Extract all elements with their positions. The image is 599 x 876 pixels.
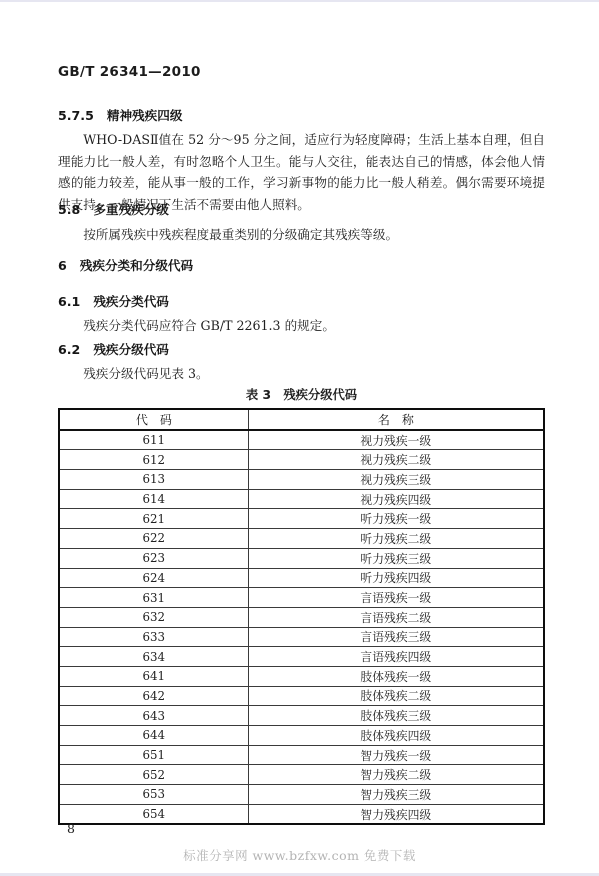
section-title: 残疾分级代码 <box>93 342 169 357</box>
name-cell: 智力残疾三级 <box>248 785 544 805</box>
table-row: 622听力残疾二级 <box>59 529 544 549</box>
name-cell: 言语残疾二级 <box>248 607 544 627</box>
code-cell: 652 <box>59 765 248 785</box>
name-cell: 听力残疾三级 <box>248 548 544 568</box>
table-row: 614视力残疾四级 <box>59 489 544 509</box>
code-cell: 641 <box>59 666 248 686</box>
code-cell: 623 <box>59 548 248 568</box>
table-row: 634言语残疾四级 <box>59 647 544 667</box>
table-3-caption: 表 3 残疾分级代码 <box>58 385 545 403</box>
name-cell: 言语残疾四级 <box>248 647 544 667</box>
code-cell: 634 <box>59 647 248 667</box>
name-cell: 言语残疾一级 <box>248 588 544 608</box>
code-cell: 633 <box>59 627 248 647</box>
table-3-container: 代 码 名 称 611视力残疾一级 612视力残疾二级 613视力残疾三级 61… <box>58 408 545 825</box>
code-cell: 613 <box>59 470 248 490</box>
table-row: 621听力残疾一级 <box>59 509 544 529</box>
code-cell: 622 <box>59 529 248 549</box>
section-number: 6 <box>58 258 67 273</box>
name-cell: 视力残疾四级 <box>248 489 544 509</box>
table-row: 623听力残疾三级 <box>59 548 544 568</box>
name-cell: 听力残疾二级 <box>248 529 544 549</box>
name-cell: 智力残疾一级 <box>248 745 544 765</box>
section-heading-5-8: 5.8多重残疾分级 <box>58 199 545 218</box>
code-cell: 651 <box>59 745 248 765</box>
document-page: GB/T 26341—2010 5.7.5精神残疾四级 WHO-DASⅡ值在 5… <box>0 0 599 876</box>
code-cell: 614 <box>59 489 248 509</box>
table-row: 641肢体残疾一级 <box>59 666 544 686</box>
paragraph-6-1: 残疾分类代码应符合 GB/T 2261.3 的规定。 <box>58 315 545 337</box>
paragraph-6-2: 残疾分级代码见表 3。 <box>58 363 545 385</box>
name-cell: 肢体残疾二级 <box>248 686 544 706</box>
name-cell: 视力残疾二级 <box>248 450 544 470</box>
name-cell: 肢体残疾一级 <box>248 666 544 686</box>
name-cell: 肢体残疾三级 <box>248 706 544 726</box>
disability-grade-code-table: 代 码 名 称 611视力残疾一级 612视力残疾二级 613视力残疾三级 61… <box>58 408 545 825</box>
page-number: 8 <box>67 821 75 836</box>
table-row: 653智力残疾三级 <box>59 785 544 805</box>
page-content: GB/T 26341—2010 5.7.5精神残疾四级 WHO-DASⅡ值在 5… <box>58 0 545 876</box>
table-row: 642肢体残疾二级 <box>59 686 544 706</box>
column-header-code: 代 码 <box>59 409 248 430</box>
name-cell: 言语残疾三级 <box>248 627 544 647</box>
column-header-name: 名 称 <box>248 409 544 430</box>
section-heading-6: 6残疾分类和分级代码 <box>58 255 545 274</box>
table-row: 652智力残疾二级 <box>59 765 544 785</box>
table-header-row: 代 码 名 称 <box>59 409 544 430</box>
code-cell: 624 <box>59 568 248 588</box>
code-cell: 632 <box>59 607 248 627</box>
table-row: 643肢体残疾三级 <box>59 706 544 726</box>
table-row: 613视力残疾三级 <box>59 470 544 490</box>
name-cell: 视力残疾三级 <box>248 470 544 490</box>
table-row: 624听力残疾四级 <box>59 568 544 588</box>
section-number: 5.7.5 <box>58 108 94 123</box>
section-title: 多重残疾分级 <box>93 202 169 217</box>
code-cell: 612 <box>59 450 248 470</box>
section-number: 6.2 <box>58 342 80 357</box>
code-cell: 621 <box>59 509 248 529</box>
table-row: 644肢体残疾四级 <box>59 726 544 746</box>
section-number: 5.8 <box>58 202 80 217</box>
section-heading-5-7-5: 5.7.5精神残疾四级 <box>58 105 545 124</box>
table-row: 612视力残疾二级 <box>59 450 544 470</box>
code-cell: 653 <box>59 785 248 805</box>
standard-number-header: GB/T 26341—2010 <box>58 64 545 80</box>
table-row: 611视力残疾一级 <box>59 430 544 450</box>
section-heading-6-1: 6.1残疾分类代码 <box>58 291 545 310</box>
name-cell: 视力残疾一级 <box>248 430 544 450</box>
name-cell: 听力残疾一级 <box>248 509 544 529</box>
table-row: 632言语残疾二级 <box>59 607 544 627</box>
paragraph-5-8: 按所属残疾中残疾程度最重类别的分级确定其残疾等级。 <box>58 224 545 246</box>
section-title: 残疾分类代码 <box>93 294 169 309</box>
code-cell: 631 <box>59 588 248 608</box>
code-cell: 644 <box>59 726 248 746</box>
table-row: 631言语残疾一级 <box>59 588 544 608</box>
section-heading-6-2: 6.2残疾分级代码 <box>58 339 545 358</box>
section-number: 6.1 <box>58 294 80 309</box>
code-cell: 642 <box>59 686 248 706</box>
name-cell: 听力残疾四级 <box>248 568 544 588</box>
name-cell: 智力残疾二级 <box>248 765 544 785</box>
section-title: 精神残疾四级 <box>107 108 183 123</box>
name-cell: 肢体残疾四级 <box>248 726 544 746</box>
name-cell: 智力残疾四级 <box>248 804 544 824</box>
section-title: 残疾分类和分级代码 <box>80 258 193 273</box>
code-cell: 643 <box>59 706 248 726</box>
watermark-footer: 标准分享网 www.bzfxw.com 免费下载 <box>0 846 599 864</box>
table-row: 651智力残疾一级 <box>59 745 544 765</box>
code-cell: 611 <box>59 430 248 450</box>
code-cell: 654 <box>59 804 248 824</box>
table-row: 633言语残疾三级 <box>59 627 544 647</box>
table-row: 654智力残疾四级 <box>59 804 544 824</box>
